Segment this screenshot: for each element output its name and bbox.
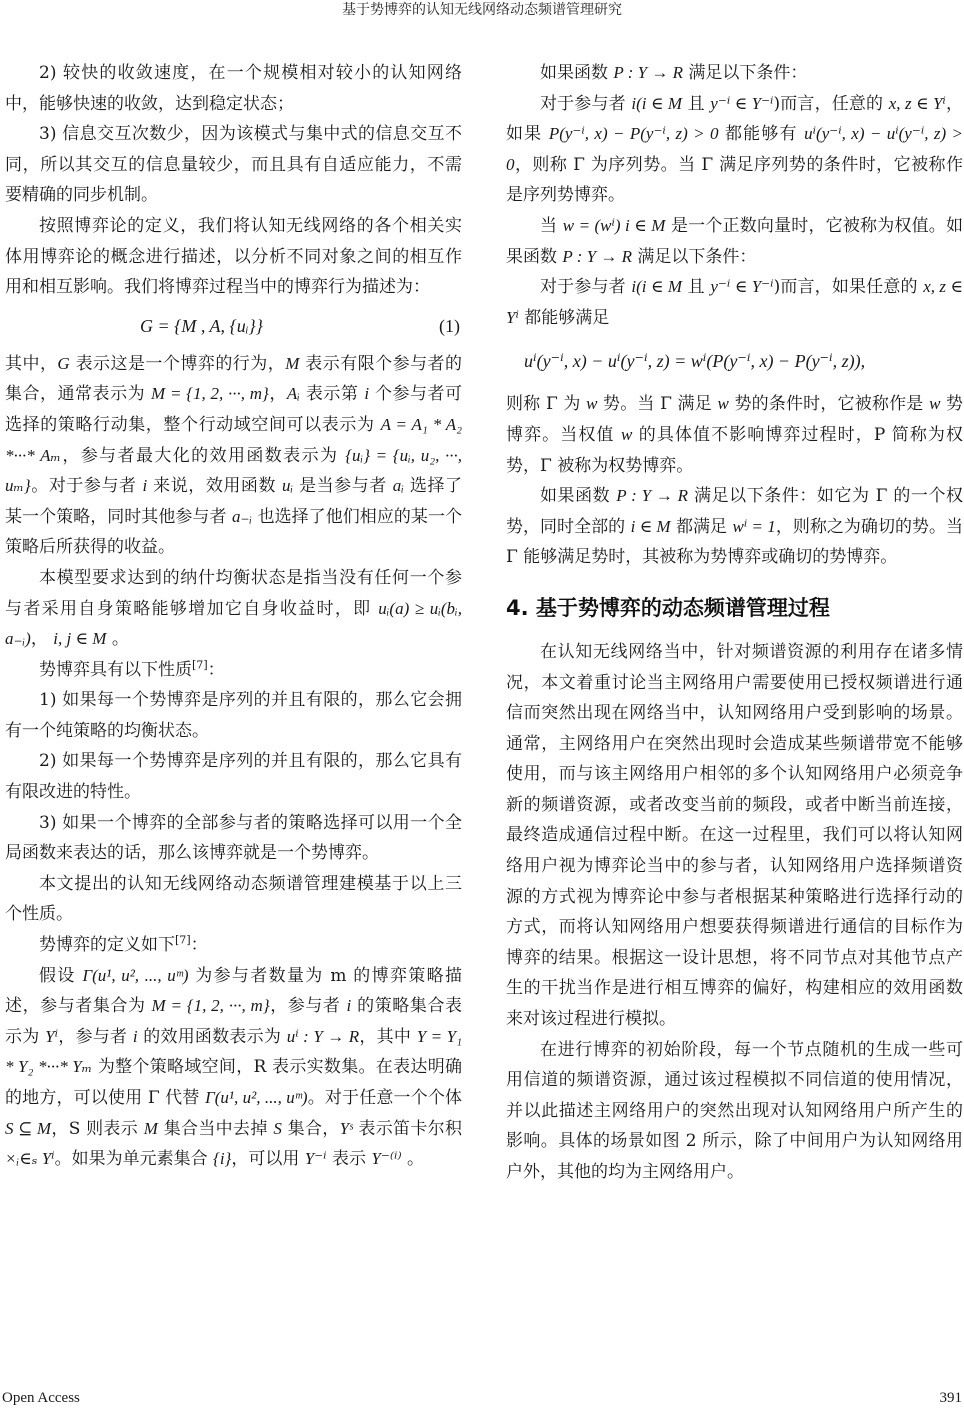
math: y⁻ⁱ ∈ Y⁻ⁱ: [710, 94, 773, 113]
math: i, j ∈ M: [53, 629, 106, 648]
math: P : Y → R: [616, 486, 688, 505]
equation-body: G = {M , A, {uᵢ}}: [140, 303, 263, 349]
math: M: [144, 1119, 158, 1138]
text: )而言，任意的: [773, 94, 888, 114]
math: i(i ∈ M: [631, 94, 682, 113]
text: ：: [208, 660, 225, 680]
text: 如果函数: [540, 486, 616, 506]
math: P : Y → R: [613, 63, 683, 82]
math: M = {1, 2, ···, m}: [151, 384, 269, 403]
math: ×ᵢ∈ₛ Yⁱ: [5, 1149, 55, 1168]
text: ，: [31, 629, 53, 649]
paragraph: 本文提出的认知无线网络动态频谱管理建模基于以上三个性质。: [5, 869, 462, 930]
text: 其中，: [5, 354, 57, 374]
math: a₋ᵢ: [232, 507, 252, 526]
math: S ⊆ M: [5, 1119, 51, 1138]
math: x, z ∈ Yⁱ: [889, 94, 946, 113]
text: 势。当 Γ 满足: [597, 394, 717, 414]
text: ，则称 Γ 为序列势。当 Γ 满足序列势的条件时，它被称作是序列势博弈。: [506, 155, 963, 206]
math: y⁻ⁱ ∈ Y⁻ⁱ: [710, 277, 773, 296]
text: ，其中: [359, 1027, 417, 1047]
math: {i}: [213, 1149, 231, 1168]
equation-1: G = {M , A, {uᵢ}} (1): [5, 303, 462, 349]
equation-body: uⁱ(y⁻ⁱ, x) − uⁱ(y⁻ⁱ, z) = wⁱ(P(y⁻ⁱ, x) −…: [524, 333, 865, 389]
math: w: [929, 394, 940, 413]
paragraph: 其中，G 表示这是一个博弈的行为，M 表示有限个参与者的集合，通常表示为 M =…: [5, 349, 462, 563]
text: 势博弈具有以下性质: [39, 660, 192, 680]
paragraph: 1) 如果每一个势博弈是序列的并且有限的，那么它会拥有一个纯策略的均衡状态。: [5, 685, 462, 746]
paragraph: 当 w = (wⁱ) i ∈ M 是一个正数向量时，它被称为权值。如果函数 P …: [506, 211, 963, 272]
math: P(y⁻ⁱ, x) − P(y⁻ⁱ, z) > 0: [549, 124, 719, 143]
text: ，: [269, 384, 287, 404]
text: 来说，效用函数: [147, 476, 282, 496]
math: uᵢ: [282, 476, 293, 495]
math: uⁱ : Y → R: [287, 1027, 359, 1046]
math: i(i ∈ M: [631, 277, 682, 296]
citation[interactable]: [7]: [192, 658, 208, 671]
text: 且: [682, 277, 710, 297]
paragraph: 2) 如果每一个势博弈是序列的并且有限的，那么它具有有限改进的特性。: [5, 746, 462, 807]
text: 。: [402, 1149, 424, 1169]
paragraph: 势博弈的定义如下[7]：: [5, 930, 462, 961]
text: 则称 Γ 为: [506, 394, 586, 414]
citation[interactable]: [7]: [175, 933, 191, 946]
text: ，S 则表示: [51, 1119, 144, 1139]
paragraph: 假设 Γ(u¹, u², ..., uᵐ) 为参与者数量为 m 的博弈策略描述，…: [5, 961, 462, 1175]
text: ，可以用: [231, 1149, 304, 1169]
page-number: 391: [940, 1390, 963, 1407]
text: ，参与者: [270, 996, 347, 1016]
math: w: [621, 425, 632, 444]
math: Γ(u¹, u², ..., uᵐ): [205, 1088, 308, 1107]
text: )而言，如果任意的: [774, 277, 924, 297]
footer-journal-label: Open Access: [2, 1390, 80, 1407]
math: w: [586, 394, 597, 413]
paragraph: 则称 Γ 为 w 势。当 Γ 满足 w 势的条件时，它被称作是 w 势博弈。当权…: [506, 389, 963, 481]
paragraph: 按照博弈论的定义，我们将认知无线网络的各个相关实体用博弈论的概念进行描述，以分析…: [5, 211, 462, 303]
math: S: [273, 1119, 282, 1138]
paragraph: 在进行博弈的初始阶段，每一个节点随机的生成一些可用信道的频谱资源，通过该过程模拟…: [506, 1035, 963, 1188]
text: 满足以下条件：: [632, 247, 756, 267]
text: ，参与者最大化的效用函数表示为: [61, 446, 345, 466]
text: ：: [191, 935, 208, 955]
paragraph: 对于参与者 i(i ∈ M 且 y⁻ⁱ ∈ Y⁻ⁱ)而言，如果任意的 x, z …: [506, 272, 963, 333]
text: 。对于参与者: [31, 476, 143, 496]
text: 对于参与者: [540, 94, 631, 114]
math: wⁱ = 1: [733, 517, 776, 536]
paragraph: 如果函数 P : Y → R 满足以下条件：: [506, 58, 963, 89]
text: 都能够满足: [519, 308, 609, 328]
math: Yⁱ: [45, 1027, 58, 1046]
text: 势博弈的定义如下: [39, 935, 175, 955]
paragraph: 本模型要求达到的纳什均衡状态是指当没有任何一个参与者采用自身策略能够增加它自身收…: [5, 563, 462, 655]
running-header: 基于势博弈的认知无线网络动态频谱管理研究: [0, 0, 964, 22]
text: 都能够有: [719, 124, 805, 144]
math: Γ(u¹, u², ..., uᵐ): [82, 966, 188, 985]
paragraph: 3) 如果一个博弈的全部参与者的策略选择可以用一个全局函数来表达的话，那么该博弈…: [5, 808, 462, 869]
equation-2: uⁱ(y⁻ⁱ, x) − uⁱ(y⁻ⁱ, z) = wⁱ(P(y⁻ⁱ, x) −…: [506, 333, 963, 389]
math: M: [285, 354, 299, 373]
paragraph: 2) 较快的收敛速度，在一个规模相对较小的认知网络中，能够快速的收敛，达到稳定状…: [5, 58, 462, 119]
text: 都满足: [671, 517, 733, 537]
math: G: [57, 354, 69, 373]
paragraph: 3) 信息交互次数少，因为该模式与集中式的信息交互不同，所以其交互的信息量较少，…: [5, 119, 462, 211]
text: 的效用函数表示为: [138, 1027, 287, 1047]
text: 如果函数: [540, 63, 613, 83]
text: 当: [540, 216, 563, 236]
paragraph: 势博弈具有以下性质[7]：: [5, 655, 462, 686]
text: 势的条件时，它被称作是: [729, 394, 929, 414]
page-footer: Open Access 391: [0, 1390, 964, 1412]
section-heading: 4. 基于势博弈的动态频谱管理过程: [506, 593, 963, 623]
text: 满足以下条件：: [683, 63, 807, 83]
text: 是当参与者: [293, 476, 393, 496]
math: aᵢ: [393, 476, 404, 495]
equation-number: (1): [439, 303, 460, 349]
math: w: [718, 394, 729, 413]
text: 。对于任意一个个体: [308, 1088, 462, 1108]
text: 对于参与者: [540, 277, 631, 297]
math: P : Y → R: [562, 247, 632, 266]
left-column: 2) 较快的收敛速度，在一个规模相对较小的认知网络中，能够快速的收敛，达到稳定状…: [5, 58, 462, 1175]
paragraph: 如果函数 P : Y → R 满足以下条件：如它为 Γ 的一个权势，同时全部的 …: [506, 481, 963, 573]
text: 且: [682, 94, 710, 114]
text: 表示第: [300, 384, 364, 404]
text: 假设: [39, 966, 82, 986]
text: 表示这是一个博弈的行为，: [70, 354, 286, 374]
text: ，参与者: [58, 1027, 133, 1047]
math: Aᵢ: [287, 384, 300, 403]
right-column: 如果函数 P : Y → R 满足以下条件： 对于参与者 i(i ∈ M 且 y…: [506, 58, 963, 1188]
paragraph: 对于参与者 i(i ∈ M 且 y⁻ⁱ ∈ Y⁻ⁱ)而言，任意的 x, z ∈ …: [506, 89, 963, 211]
text: 。如果为单元素集合: [55, 1149, 213, 1169]
text: 集合当中去掉: [158, 1119, 273, 1139]
math: Y⁻⁽ⁱ⁾: [371, 1149, 401, 1168]
math: M = {1, 2, ···, m}: [152, 996, 270, 1015]
text: 集合，: [282, 1119, 340, 1139]
math: i ∈ M: [631, 517, 671, 536]
paragraph: 在认知无线网络当中，针对频谱资源的利用存在诸多情况，本文着重讨论当主网络用户需要…: [506, 637, 963, 1035]
text: 。: [106, 629, 128, 649]
math: Y⁻ⁱ: [305, 1149, 327, 1168]
math: w = (wⁱ) i ∈ M: [563, 216, 666, 235]
text: 表示: [327, 1149, 372, 1169]
math: Yˢ: [340, 1119, 353, 1138]
text: 表示笛卡尔积: [353, 1119, 462, 1139]
